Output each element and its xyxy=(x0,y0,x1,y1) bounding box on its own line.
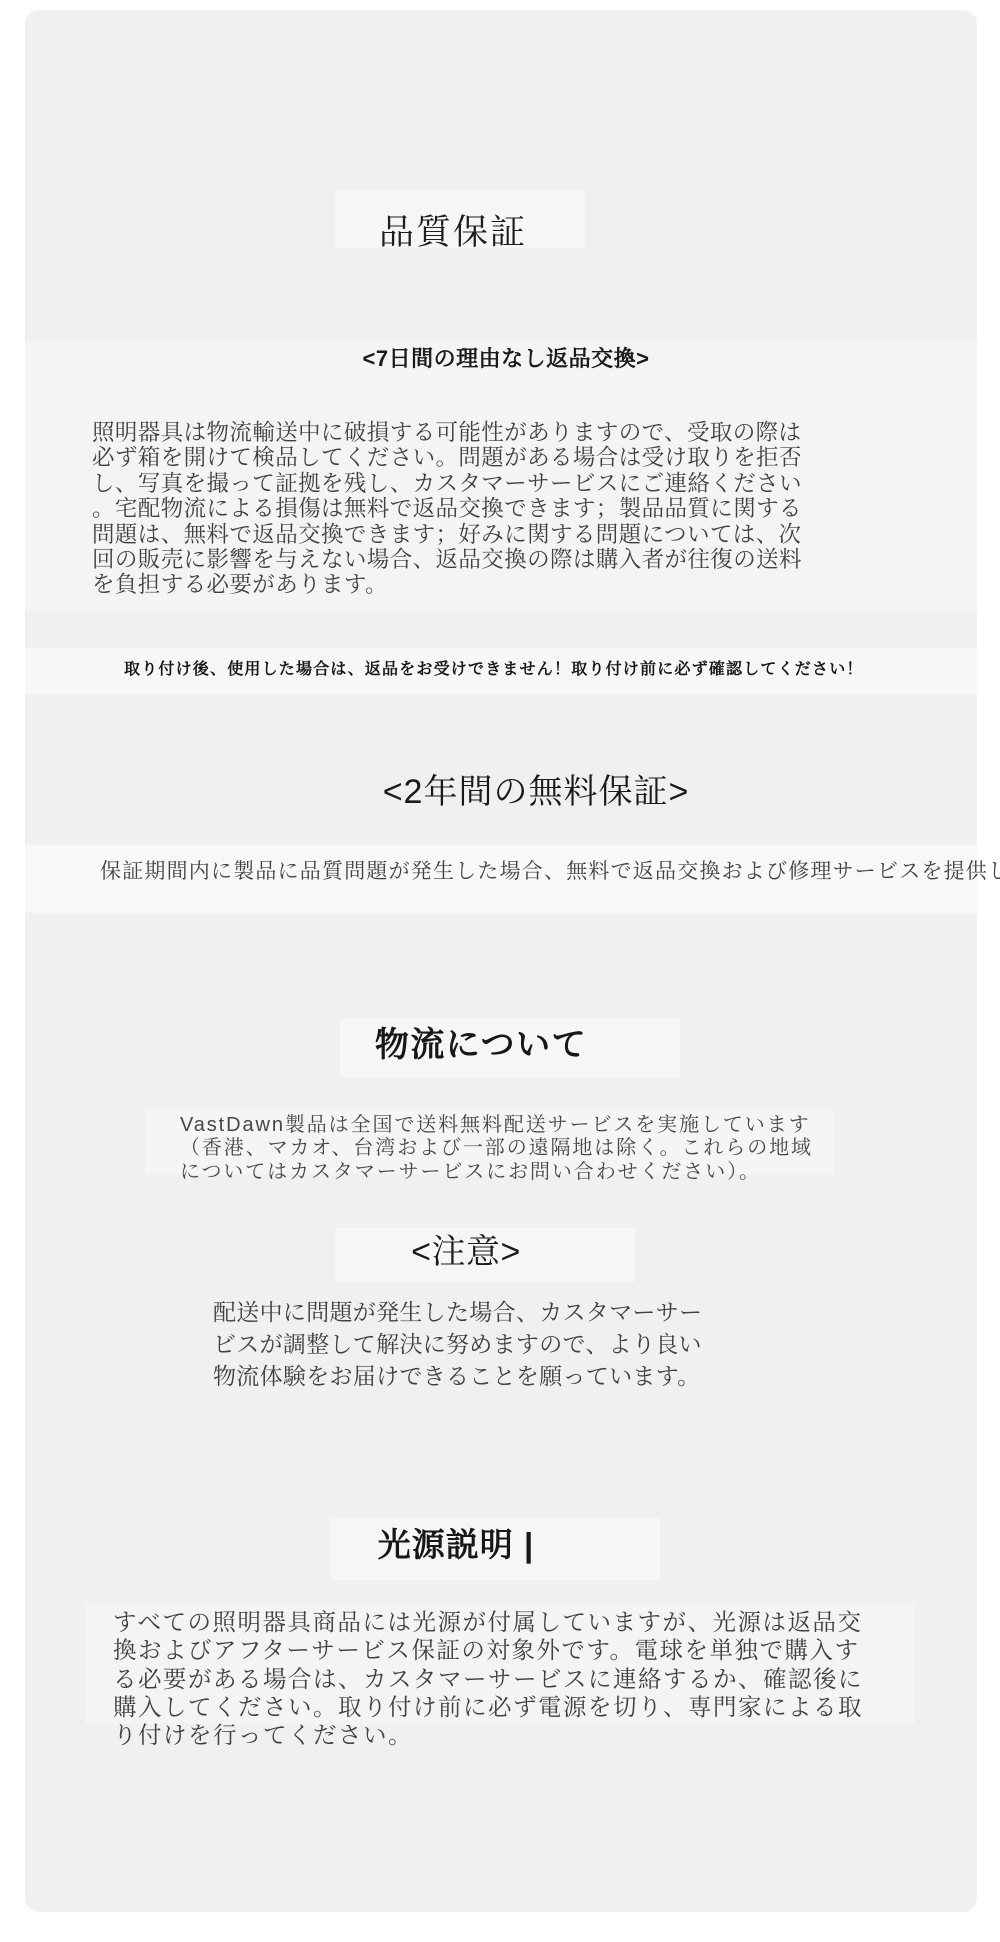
heading-notice: <注意> xyxy=(66,1230,866,1274)
heading-logistics: 物流について xyxy=(81,1022,881,1068)
paragraph-shipping-inspection: 照明器具は物流輸送中に破損する可能性がありますので、受取の際は 必ず箱を開けて検… xyxy=(92,420,802,598)
paragraph-warranty: 保証期間内に製品に品質問題が発生した場合、無料で返品交換および修理サービスを提供… xyxy=(100,858,1000,886)
product-info-page: 品質保証 <7日間の理由なし返品交換> 照明器具は物流輸送中に破損する可能性があ… xyxy=(0,0,1000,1942)
note-no-return-after-install: 取り付け後、使用した場合は、返品をお受けできません！取り付け前に必ず確認してくだ… xyxy=(124,656,864,679)
paragraph-free-shipping: VastDawn製品は全国で送料無料配送サービスを実施しています （香港、マカオ… xyxy=(180,1114,813,1184)
heading-2year-warranty: <2年間の無料保証> xyxy=(136,770,936,814)
page-title: 品質保証 xyxy=(25,210,881,256)
paragraph-delivery-issues: 配送中に問題が発生した場合、カスタマーサー ビスが調整して解決に努めますので、よ… xyxy=(213,1296,702,1392)
subtitle-7day-return: <7日間の理由なし返品交換> xyxy=(106,344,906,374)
paragraph-light-source: すべての照明器具商品には光源が付属していますが、光源は返品交 換およびアフターサ… xyxy=(113,1608,863,1749)
heading-light-source: 光源説明 | xyxy=(56,1522,856,1568)
